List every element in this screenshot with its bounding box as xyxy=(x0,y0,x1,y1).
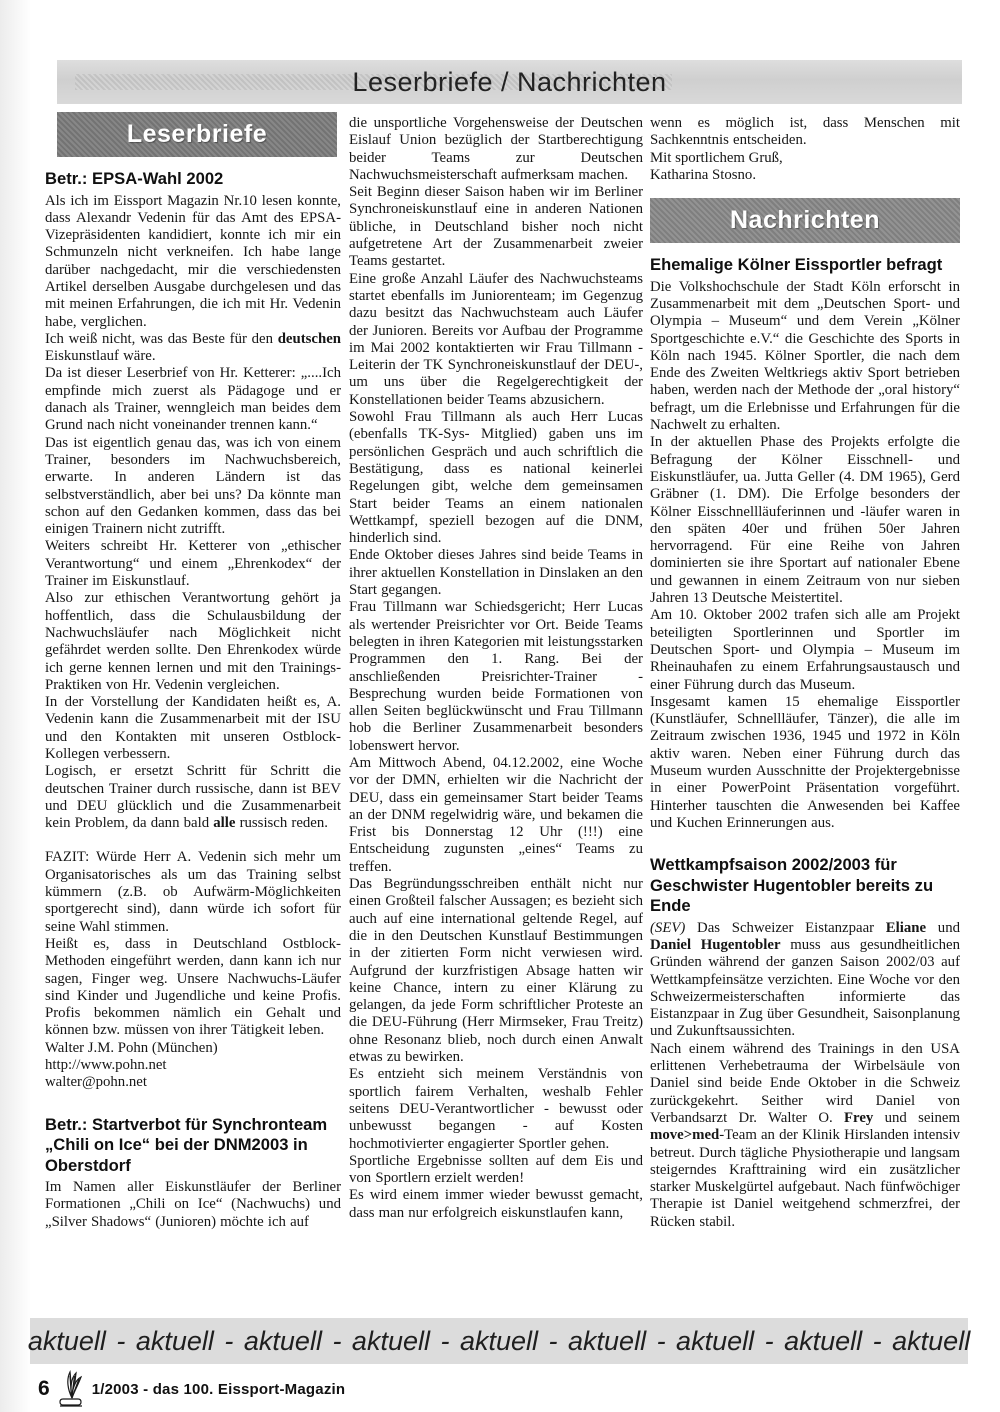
section-header-leserbriefe: Leserbriefe xyxy=(57,112,337,157)
article-heading-epsa-wahl: Betr.: EPSA-Wahl 2002 xyxy=(45,169,341,190)
paragraph: Am 10. Oktober 2002 trafen sich alle am … xyxy=(650,607,960,693)
paragraph: Sowohl Frau Tillmann als auch Herr Lucas… xyxy=(349,409,643,547)
column-left: Leserbriefe Betr.: EPSA-Wahl 2002 Als ic… xyxy=(45,112,341,1317)
paragraph: Eine große Anzahl Läufer des Nachwuchste… xyxy=(349,271,643,409)
section-title-nachrichten: Nachrichten xyxy=(730,206,880,235)
paragraph: wenn es möglich ist, dass Menschen mit S… xyxy=(650,115,960,150)
paragraph: Frau Tillmann war Schiedsgericht; Herr L… xyxy=(349,599,643,755)
signature-email: walter@pohn.net xyxy=(45,1074,341,1091)
section-title-leserbriefe: Leserbriefe xyxy=(127,120,267,149)
paragraph: Logisch, er ersetzt Schritt für Schritt … xyxy=(45,763,341,832)
signature-name: Walter J.M. Pohn (München) xyxy=(45,1040,341,1057)
paragraph: Nach einem während des Trainings in den … xyxy=(650,1041,960,1231)
page-header-bar: Leserbriefe / Nachrichten xyxy=(57,60,962,104)
paragraph: Es wird einem immer wieder bewusst gemac… xyxy=(349,1187,643,1222)
paragraph: Weiters schreibt Hr. Ketterer von „ethis… xyxy=(45,538,341,590)
paragraph: Als ich im Eissport Magazin Nr.10 lesen … xyxy=(45,193,341,331)
letter-closing: Mit sportlichem Gruß, xyxy=(650,150,960,167)
paragraph: Ich weiß nicht, was das Beste für den de… xyxy=(45,331,341,366)
winged-skate-logo-icon xyxy=(58,1370,84,1408)
paragraph: Also zur ethischen Verantwortung gehört … xyxy=(45,590,341,694)
paragraph: Im Namen aller Eiskunstläufer der Berlin… xyxy=(45,1179,341,1231)
article-heading-koelner-eissportler: Ehemalige Kölner Eissportler befragt xyxy=(650,255,960,276)
paragraph: Ende Oktober dieses Jahres sind beide Te… xyxy=(349,547,643,599)
column-middle: die unsportliche Vorgehensweise der Deut… xyxy=(349,115,643,1305)
paragraph: Insgesamt kamen 15 ehemalige Eissportler… xyxy=(650,694,960,832)
aktuell-banner-text: aktuell - aktuell - aktuell - aktuell - … xyxy=(28,1326,970,1357)
magazine-page: Leserbriefe / Nachrichten Leserbriefe Be… xyxy=(0,0,1000,1412)
page-title: Leserbriefe / Nachrichten xyxy=(352,67,666,98)
paragraph: In der aktuellen Phase des Projekts erfo… xyxy=(650,434,960,607)
page-number: 6 xyxy=(38,1377,50,1401)
article-heading-hugentobler: Wettkampfsaison 2002/2003 für Geschwiste… xyxy=(650,855,960,917)
paragraph: Am Mittwoch Abend, 04.12.2002, eine Woch… xyxy=(349,755,643,876)
paragraph: Es entzieht sich meinem Verständnis von … xyxy=(349,1066,643,1152)
paragraph: die unsportliche Vorgehensweise der Deut… xyxy=(349,115,643,184)
paragraph: Sportliche Ergebnisse sollten auf dem Ei… xyxy=(349,1153,643,1188)
letter-author: Katharina Stosno. xyxy=(650,167,960,184)
issue-line: 1/2003 - das 100. Eissport-Magazin xyxy=(92,1381,346,1398)
paragraph: Da ist dieser Leserbrief von Hr. Kettere… xyxy=(45,365,341,434)
column-right: wenn es möglich ist, dass Menschen mit S… xyxy=(650,115,960,1310)
paragraph: Das Begründungsschreiben enthält nicht n… xyxy=(349,876,643,1066)
article-heading-startverbot: Betr.: Startverbot für Synchronteam „Chi… xyxy=(45,1115,341,1177)
paragraph: Heißt es, dass in Deutschland Ostblock-M… xyxy=(45,936,341,1040)
paragraph: In der Vorstellung der Kandidaten heißt … xyxy=(45,694,341,763)
paragraph: Das ist eigentlich genau das, was ich vo… xyxy=(45,435,341,539)
paragraph: Die Volkshochschule der Stadt Köln erfor… xyxy=(650,279,960,435)
page-footer: 6 1/2003 - das 100. Eissport-Magazin xyxy=(38,1368,345,1410)
paragraph: Seit Beginn dieser Saison haben wir im B… xyxy=(349,184,643,270)
aktuell-banner: aktuell - aktuell - aktuell - aktuell - … xyxy=(30,1318,968,1364)
signature-url: http://www.pohn.net xyxy=(45,1057,341,1074)
paragraph-fazit: FAZIT: Würde Herr A. Vedenin sich mehr u… xyxy=(45,849,341,935)
section-header-nachrichten: Nachrichten xyxy=(650,198,960,243)
paragraph: (SEV) Das Schweizer Eistanzpaar Eliane u… xyxy=(650,920,960,1041)
